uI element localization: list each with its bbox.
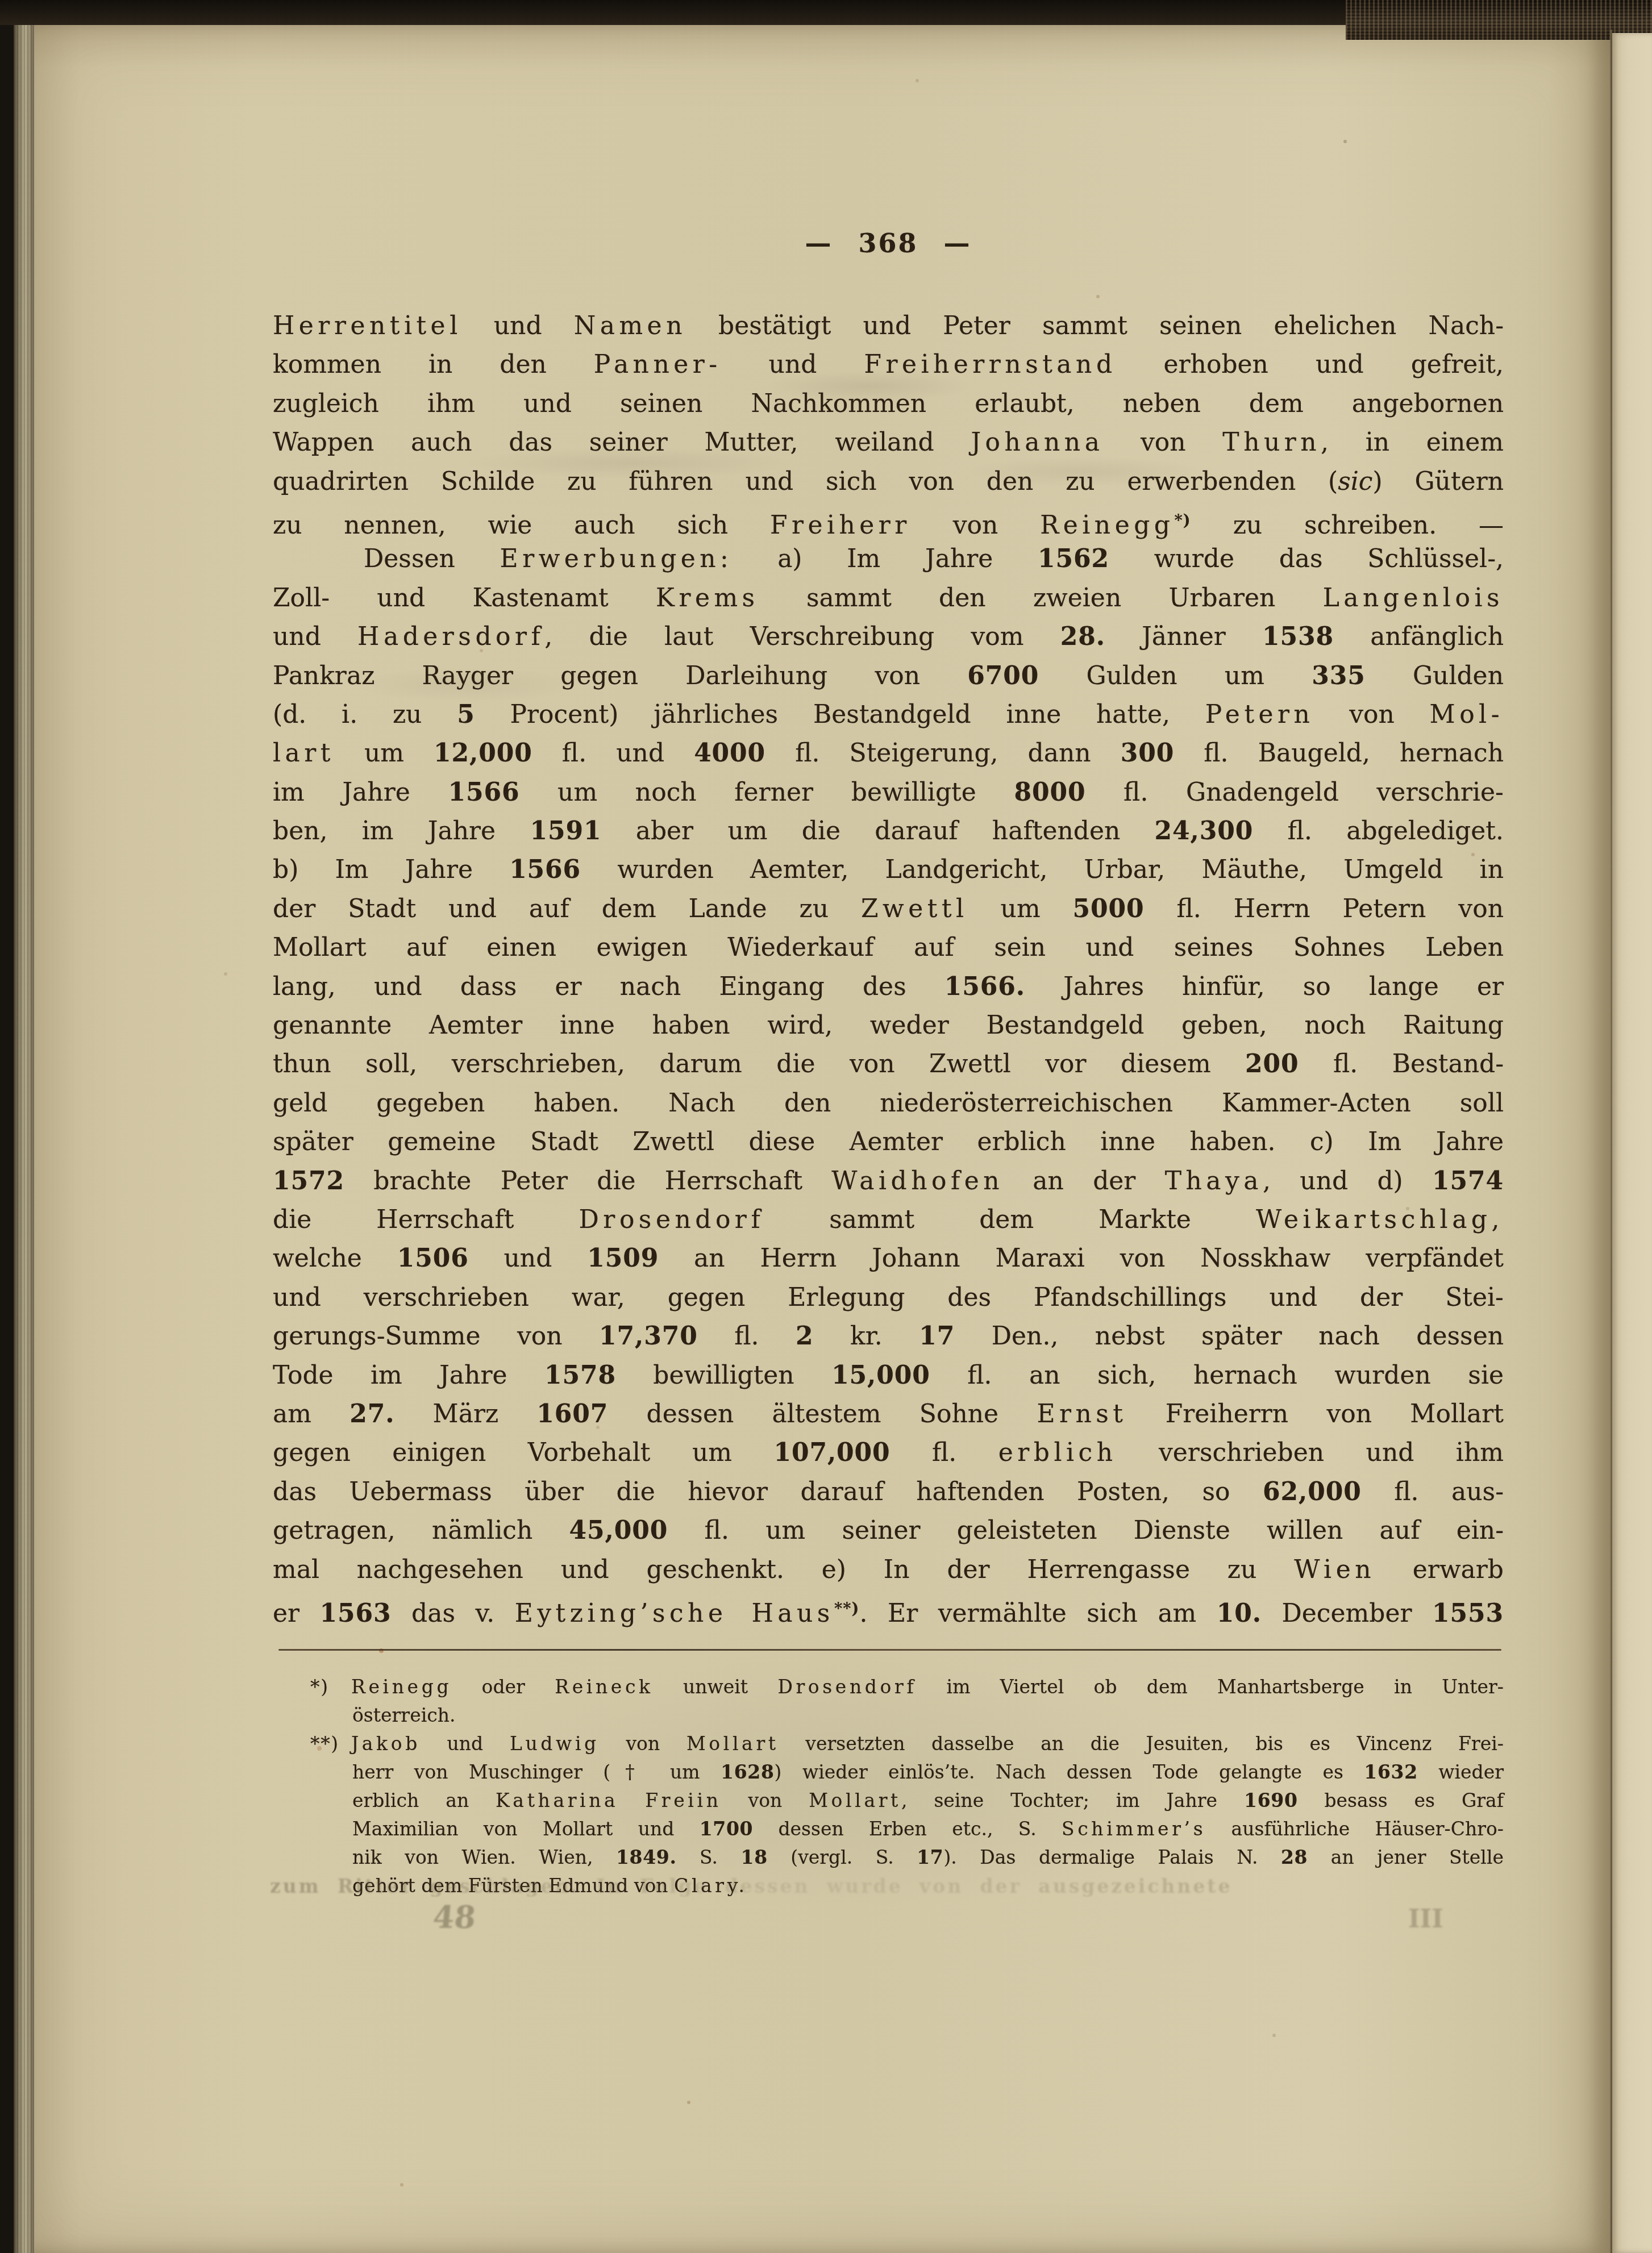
text-segment: 1563 <box>320 1599 392 1628</box>
text-line: lang, und dass er nach Eingang des 1566.… <box>273 968 1504 1006</box>
text-segment: Erwerbungen: <box>500 544 733 573</box>
text-segment: an Herrn Johann Maraxi von Nosskhaw verp… <box>659 1244 1504 1273</box>
text-segment: 1632 <box>1364 1761 1418 1783</box>
text-line: er 1563 das v. Eytzing’sche Haus**). Er … <box>273 1589 1504 1628</box>
text-segment: Freiin <box>645 1789 721 1811</box>
text-segment: 5 <box>457 700 475 729</box>
footnote-line: herr von Muschinger († um 1628) wieder e… <box>352 1758 1504 1786</box>
text-segment: österreich. <box>352 1704 455 1726</box>
text-segment: thun soll, verschrieben, darum die von Z… <box>273 1050 1245 1078</box>
text-segment: das Uebermass über die hievor darauf haf… <box>273 1477 1263 1506</box>
text-segment: Namen <box>574 311 686 340</box>
text-line: kommen in den Panner- und Freiherrnstand… <box>273 345 1504 384</box>
text-segment: gerungs-Summe von <box>273 1322 599 1351</box>
text-segment: 1553 <box>1432 1599 1504 1628</box>
text-segment: 6700 <box>967 661 1039 690</box>
text-segment: Langenlois <box>1323 584 1504 613</box>
text-segment: fl. <box>891 1438 998 1467</box>
page-number: — 368 — <box>273 228 1504 259</box>
text-segment: 1628 <box>721 1761 775 1783</box>
text-segment: Jahres hinfür, so lange er <box>1025 972 1504 1001</box>
text-segment: sammt dem Markte <box>764 1205 1256 1234</box>
text-segment: kr. <box>814 1322 919 1351</box>
text-segment: um <box>335 739 434 768</box>
text-line: Tode im Jahre 1578 bewilligten 15,000 fl… <box>273 1356 1504 1395</box>
text-line: später gemeine Stadt Zwettl diese Aemter… <box>273 1123 1504 1161</box>
text-segment: Waidhofen <box>831 1167 1004 1196</box>
page-block-edges <box>14 25 34 2253</box>
text-line: am 27. März 1607 dessen ältestem Sohne E… <box>273 1395 1504 1434</box>
text-segment: brachte Peter die Herrschaft <box>344 1167 831 1196</box>
text-segment: zugleich ihm und seinen Nachkommen erlau… <box>273 389 1504 418</box>
text-segment: zu nennen, wie auch sich <box>273 511 770 540</box>
text-segment: Thurn <box>1222 428 1321 457</box>
text-segment: wieder <box>1418 1761 1504 1783</box>
text-segment: 1572 <box>273 1167 344 1196</box>
text-segment: S. <box>677 1846 741 1868</box>
text-segment: December <box>1262 1599 1432 1628</box>
text-segment: bewilligten <box>616 1361 831 1390</box>
text-segment: genannte Aemter inne haben wird, weder B… <box>273 1011 1504 1040</box>
text-segment: , und d) <box>1263 1167 1432 1196</box>
next-page-edge <box>1612 33 1652 2253</box>
text-segment: Wien <box>1294 1555 1375 1584</box>
text-segment: Reinegg <box>351 1676 452 1698</box>
text-segment: Schimmer’s <box>1062 1818 1206 1840</box>
text-segment: später gemeine Stadt Zwettl diese Aemter… <box>273 1127 1504 1156</box>
text-segment: 1700 <box>700 1818 754 1840</box>
text-segment: 1591 <box>530 817 601 846</box>
footnote-line: nik von Wien. Wien, 1849. S. 18 (vergl. … <box>352 1843 1504 1872</box>
text-segment: 17,370 <box>599 1322 698 1351</box>
text-line: und Hadersdorf, die laut Verschreibung v… <box>273 618 1504 656</box>
text-line: welche 1506 und 1509 an Herrn Johann Mar… <box>273 1239 1504 1278</box>
text-line: gegen einigen Vorbehalt um 107,000 fl. e… <box>273 1434 1504 1472</box>
text-segment: geld gegeben haben. Nach den niederöster… <box>273 1089 1504 1118</box>
text-segment: ausführliche Häuser-Chro- <box>1206 1818 1504 1840</box>
text-segment: , in einem <box>1321 428 1504 457</box>
text-segment: kommen in den <box>273 350 594 379</box>
text-segment: Drosendorf <box>579 1205 765 1234</box>
text-line: Wappen auch das seiner Mutter, weiland J… <box>273 423 1504 462</box>
text-segment: Weikartschlag, <box>1256 1205 1504 1234</box>
text-segment: , die laut Verschreibung vom <box>544 622 1060 651</box>
text-segment: Zoll- und Kastenamt <box>273 584 656 613</box>
text-segment: um noch ferner bewilligte <box>519 778 1014 807</box>
text-segment: fl. <box>698 1322 796 1351</box>
text-segment: die Herrschaft <box>273 1205 579 1234</box>
text-segment: Jakob <box>351 1733 421 1755</box>
text-segment: und <box>273 622 357 651</box>
text-segment: Katharina <box>496 1789 618 1811</box>
text-segment: 1506 <box>397 1244 469 1273</box>
text-segment: oder <box>452 1676 555 1698</box>
text-segment: er <box>273 1599 320 1628</box>
text-line: Zoll- und Kastenamt Krems sammt den zwei… <box>273 579 1504 618</box>
footnote-line: **)Jakob und Ludwig von Mollart versetzt… <box>352 1730 1504 1758</box>
text-segment: und <box>421 1733 510 1755</box>
text-segment: nik von Wien. Wien, <box>352 1846 616 1868</box>
setoff-volume-mark: III <box>1408 1905 1443 1934</box>
text-segment: Thaya <box>1165 1167 1263 1196</box>
footnote-marker: *) <box>307 1673 351 1701</box>
setoff-signature-mark: 48 <box>431 1899 477 1935</box>
text-segment: Jänner <box>1105 622 1262 651</box>
text-segment: zu schreiben. — <box>1191 511 1504 540</box>
text-segment: a) Im Jahre <box>733 544 1038 573</box>
text-segment: im Jahre <box>273 778 448 807</box>
setoff-ghost-text: zum Ritter geschlagen. In Folge dessen w… <box>270 1875 1492 1897</box>
text-segment: im Viertel ob dem Manhartsberge in Unter… <box>917 1676 1504 1698</box>
text-segment: 10. <box>1217 1599 1262 1628</box>
text-segment: 4000 <box>694 739 765 768</box>
text-line: gerungs-Summe von 17,370 fl. 2 kr. 17 De… <box>273 1317 1504 1356</box>
text-segment: 1574 <box>1432 1167 1504 1196</box>
text-segment: , seine Tochter; im Jahre <box>901 1789 1244 1811</box>
text-segment: erhoben und gefreit, <box>1117 350 1504 379</box>
text-segment: fl. Baugeld, hernach <box>1174 739 1504 768</box>
text-segment: 28. <box>1060 622 1105 651</box>
text-segment: 18 <box>741 1846 768 1868</box>
text-segment: Ludwig <box>510 1733 600 1755</box>
footnote-marker: **) <box>307 1730 351 1758</box>
text-segment: Gulden um <box>1039 661 1312 690</box>
text-segment: (vergl. S. <box>768 1846 917 1868</box>
text-segment: und <box>722 350 864 379</box>
text-line: und verschrieben war, gegen Erlegung des… <box>273 1278 1504 1317</box>
text-segment: Dessen <box>364 544 500 573</box>
body-text: Herrentitel und Namen bestätigt und Pete… <box>273 307 1504 1628</box>
text-segment: Herrentitel <box>273 311 462 340</box>
text-segment: getragen, nämlich <box>273 1516 569 1545</box>
text-segment: Gulden <box>1366 661 1504 690</box>
text-segment: (d. i. zu <box>273 700 457 729</box>
text-segment: 1566 <box>509 855 581 884</box>
text-segment: Mollart <box>686 1733 779 1755</box>
text-segment: 1566. <box>944 972 1025 1001</box>
text-line: getragen, nämlich 45,000 fl. um seiner g… <box>273 1511 1504 1550</box>
text-segment: 12,000 <box>434 739 532 768</box>
text-segment: an jener Stelle <box>1308 1846 1504 1868</box>
footnote-line: erblich an Katharina Freiin von Mollart,… <box>352 1786 1504 1815</box>
text-line: im Jahre 1566 um noch ferner bewilligte … <box>273 773 1504 812</box>
text-segment: ) Gütern <box>1373 467 1504 496</box>
text-segment: anfänglich <box>1334 622 1504 651</box>
footnote-line: Maximilian von Mollart und 1700 dessen E… <box>352 1815 1504 1843</box>
text-segment: 17 <box>917 1846 943 1868</box>
text-segment: . Er vermählte sich am <box>860 1599 1217 1628</box>
text-segment: Ernst <box>1037 1400 1127 1429</box>
text-segment: 62,000 <box>1263 1477 1362 1506</box>
text-segment: lart <box>273 739 335 768</box>
text-line: zu nennen, wie auch sich Freiherr von Re… <box>273 501 1504 540</box>
text-segment: Pankraz Rayger gegen Darleihung von <box>273 661 967 690</box>
text-segment: an der <box>1004 1167 1165 1196</box>
text-segment: lang, und dass er nach Eingang des <box>273 972 944 1001</box>
text-segment: der Stadt und auf dem Lande zu <box>273 894 861 923</box>
text-segment: 200 <box>1245 1050 1299 1078</box>
text-segment: fl. aus- <box>1362 1477 1504 1506</box>
text-segment: Zwettl <box>861 894 968 923</box>
text-segment: von <box>911 511 1040 540</box>
text-segment: fl. Gnadengeld verschrie- <box>1085 778 1504 807</box>
text-segment: von <box>600 1733 686 1755</box>
text-segment: 1538 <box>1262 622 1334 651</box>
text-line: Herrentitel und Namen bestätigt und Pete… <box>273 307 1504 345</box>
text-segment: Hadersdorf <box>357 622 544 651</box>
text-segment: 1578 <box>544 1361 616 1390</box>
text-segment: 45,000 <box>569 1516 668 1545</box>
text-segment: von <box>1104 428 1222 457</box>
text-segment: 24,300 <box>1155 817 1254 846</box>
text-segment: fl. abgelediget. <box>1253 817 1504 846</box>
text-segment: 300 <box>1121 739 1175 768</box>
text-segment: wurden Aemter, Landgericht, Urbar, Mäuth… <box>581 855 1504 884</box>
text-segment: das v. <box>392 1599 515 1628</box>
text-line: Pankraz Rayger gegen Darleihung von 6700… <box>273 657 1504 696</box>
text-segment: ) wieder einlös’te. Nach dessen Tode gel… <box>775 1761 1364 1783</box>
text-segment: 8000 <box>1014 778 1085 807</box>
text-segment: Freiherrn von Mollart <box>1127 1400 1504 1429</box>
text-segment: und verschrieben war, gegen Erlegung des… <box>273 1283 1504 1312</box>
text-segment: März <box>394 1400 536 1429</box>
text-segment: Freiherr <box>770 511 911 540</box>
text-segment: um <box>968 894 1073 923</box>
text-segment: Den., nebst später nach dessen <box>955 1322 1504 1351</box>
text-segment <box>618 1789 645 1811</box>
text-segment: **) <box>834 1600 860 1618</box>
text-segment: aber um die darauf haftenden <box>601 817 1154 846</box>
text-line: ben, im Jahre 1591 aber um die darauf ha… <box>273 812 1504 851</box>
text-segment: Tode im Jahre <box>273 1361 544 1390</box>
text-segment: gegen einigen Vorbehalt um <box>273 1438 773 1467</box>
text-segment: 1690 <box>1244 1789 1298 1811</box>
text-segment: b) Im Jahre <box>273 855 509 884</box>
text-segment: verschrieben und ihm <box>1117 1438 1504 1467</box>
text-segment: bestätigt und Peter sammt seinen ehelich… <box>686 311 1504 340</box>
text-segment: am <box>273 1400 349 1429</box>
text-line: 1572 brachte Peter die Herrschaft Waidho… <box>273 1162 1504 1201</box>
text-segment: erblich an <box>352 1789 496 1811</box>
text-segment: 1566 <box>448 778 519 807</box>
text-line: (d. i. zu 5 Procent) jährliches Bestandg… <box>273 696 1504 734</box>
text-segment: Procent) jährliches Bestandgeld inne hat… <box>475 700 1205 729</box>
text-segment: Reineck <box>555 1676 653 1698</box>
text-line: zugleich ihm und seinen Nachkommen erlau… <box>273 385 1504 423</box>
text-segment: ). Das dermalige Palais N. <box>943 1846 1281 1868</box>
text-segment: fl. an sich, hernach wurden sie <box>930 1361 1504 1390</box>
text-segment: Petern <box>1205 700 1314 729</box>
text-segment: fl. und <box>532 739 694 768</box>
text-segment: fl. um seiner geleisteten Dienste willen… <box>668 1516 1504 1545</box>
text-segment: und <box>462 311 574 340</box>
text-line: das Uebermass über die hievor darauf haf… <box>273 1473 1504 1511</box>
text-segment: Panner- <box>594 350 722 379</box>
text-segment: 1849. <box>616 1846 677 1868</box>
footnote-line: *)Reinegg oder Reineck unweit Drosendorf… <box>352 1673 1504 1701</box>
text-segment: Mol- <box>1430 700 1504 729</box>
text-segment: 107,000 <box>773 1438 890 1467</box>
text-line: lart um 12,000 fl. und 4000 fl. Steigeru… <box>273 734 1504 773</box>
text-segment: 1562 <box>1038 544 1109 573</box>
text-segment: unweit <box>654 1676 778 1698</box>
text-line: genannte Aemter inne haben wird, weder B… <box>273 1006 1504 1045</box>
text-segment: Krems <box>656 584 759 613</box>
text-segment: 5000 <box>1073 894 1145 923</box>
text-segment: 15,000 <box>831 1361 930 1390</box>
text-segment: Mollart <box>809 1789 901 1811</box>
text-segment: welche <box>273 1244 397 1273</box>
text-line: der Stadt und auf dem Lande zu Zwettl um… <box>273 890 1504 928</box>
book-page-scan: — 368 — Herrentitel und Namen bestätigt … <box>0 0 1652 2253</box>
text-segment: 17 <box>919 1322 955 1351</box>
text-segment: mal nachgesehen und geschenkt. e) In der… <box>273 1555 1294 1584</box>
text-segment: *) <box>1174 511 1191 530</box>
text-line: quadrirten Schilde zu führen und sich vo… <box>273 463 1504 501</box>
text-segment: 27. <box>349 1400 394 1429</box>
text-segment: versetzten dasselbe an die Jesuiten, bis… <box>779 1733 1504 1755</box>
text-segment: und <box>469 1244 588 1273</box>
text-segment: Johanna <box>971 428 1104 457</box>
text-segment: quadrirten Schilde zu führen und sich vo… <box>273 467 1338 496</box>
text-segment: sic <box>1338 467 1372 496</box>
text-segment: dessen Erben etc., S. <box>753 1818 1062 1840</box>
text-segment: Maximilian von Mollart und <box>352 1818 700 1840</box>
text-segment: besass es Graf <box>1298 1789 1504 1811</box>
text-line: thun soll, verschrieben, darum die von Z… <box>273 1045 1504 1084</box>
footnotes: *)Reinegg oder Reineck unweit Drosendorf… <box>307 1673 1504 1900</box>
text-line: b) Im Jahre 1566 wurden Aemter, Landgeri… <box>273 851 1504 889</box>
text-segment: fl. Steigerung, dann <box>765 739 1121 768</box>
text-segment: von <box>722 1789 809 1811</box>
text-segment: Drosendorf <box>777 1676 917 1698</box>
text-segment: von <box>1314 700 1429 729</box>
text-segment: dessen ältestem Sohne <box>608 1400 1037 1429</box>
text-segment: Freiherrnstand <box>864 350 1116 379</box>
footnote-line: österreich. <box>352 1701 1504 1730</box>
text-segment: 1509 <box>587 1244 659 1273</box>
text-segment: 2 <box>796 1322 814 1351</box>
footnote-rule <box>278 1649 1501 1651</box>
text-segment: herr von Muschinger († um <box>352 1761 721 1783</box>
text-segment: sammt den zweien Urbaren <box>759 584 1323 613</box>
text-segment: fl. Herrn Petern von <box>1145 894 1504 923</box>
text-segment: wurde das Schlüssel-, <box>1109 544 1504 573</box>
text-line: Mollart auf einen ewigen Wiederkauf auf … <box>273 928 1504 967</box>
text-segment: Reinegg <box>1040 511 1174 540</box>
text-segment: 28 <box>1281 1846 1308 1868</box>
text-segment: erwarb <box>1375 1555 1504 1584</box>
text-segment: Wappen auch das seiner Mutter, weiland <box>273 428 971 457</box>
text-line: die Herrschaft Drosendorf sammt dem Mark… <box>273 1201 1504 1239</box>
text-segment: 1607 <box>536 1400 608 1429</box>
text-segment: 335 <box>1312 661 1366 690</box>
text-line: Dessen Erwerbungen: a) Im Jahre 1562 wur… <box>273 540 1504 578</box>
text-segment: erblich <box>998 1438 1117 1467</box>
cover-cloth-texture <box>1346 0 1652 40</box>
text-line: mal nachgesehen und geschenkt. e) In der… <box>273 1551 1504 1589</box>
text-segment: fl. Bestand- <box>1299 1050 1504 1078</box>
text-segment: Mollart auf einen ewigen Wiederkauf auf … <box>273 933 1504 962</box>
text-line: geld gegeben haben. Nach den niederöster… <box>273 1084 1504 1123</box>
text-segment: Eytzing’sche Haus <box>515 1599 834 1628</box>
text-segment: ben, im Jahre <box>273 817 530 846</box>
